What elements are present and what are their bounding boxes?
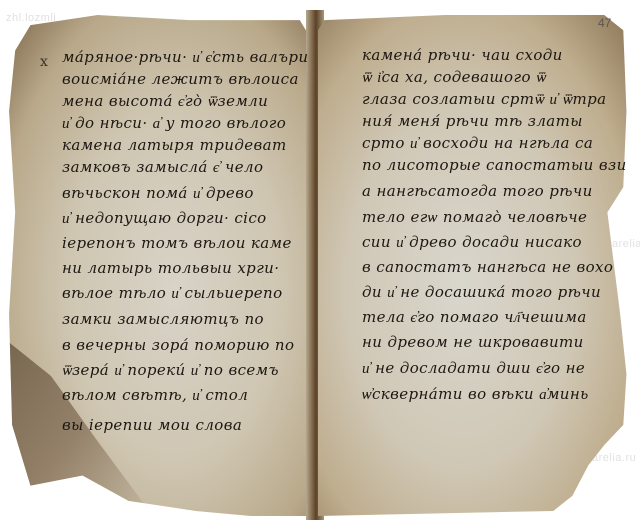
text-line: вѣчьскон пома́ и҆ древо	[62, 184, 254, 203]
text-line: замковъ замысла́ є҆ чело	[62, 158, 263, 177]
margin-mark: x	[40, 54, 48, 70]
text-line: срто и҆ восходи на нгѣла са	[362, 134, 593, 153]
page-number: 47	[598, 16, 611, 30]
text-line: ѿзера́ и҆ пореки́ и҆ по всемъ	[62, 361, 279, 380]
text-line: и҆ не досладати дши є҆го не	[362, 359, 585, 378]
text-line: мена высота́ є҆го̀ ѿземли	[62, 92, 268, 111]
text-line: глаза созлатыи сртѿ и҆ ѿтра	[362, 90, 606, 109]
text-line: тело егѡ помаго̀ человѣче	[362, 208, 587, 227]
text-line: в сапостатъ нангѣса не вохо	[362, 258, 613, 276]
text-line: по лисоторые сапостатыи взи	[362, 156, 627, 174]
text-line: в вечерны зора́ поморию по	[62, 336, 294, 354]
text-line: ния́ меня́ рѣчи тѣ златы	[362, 112, 583, 130]
text-line: замки замысляютцъ по	[62, 310, 264, 328]
text-line: а нангѣсатогда того рѣчи	[362, 182, 593, 200]
text-line: вы іерепии мои слова	[62, 416, 242, 434]
text-line: вѣлом свѣтѣ, и҆ стол	[62, 386, 248, 405]
text-line: ни древом не шкровавити	[362, 333, 584, 351]
text-line: ѡ҆скверна́ти во вѣки а҆минь	[362, 385, 589, 404]
text-line: іерепонъ томъ вѣлои каме	[62, 234, 292, 252]
text-line: ѿ і҆са ха, содевашого ѿ	[362, 68, 546, 87]
text-line: и҆ до нѣси· а҆ у того вѣлого	[62, 114, 286, 133]
text-line: ни латырь тольвыи хрги·	[62, 259, 279, 277]
text-line: ди и҆ не досашика́ того рѣчи	[362, 283, 601, 302]
watermark-top-left: zhl.lozmli	[6, 12, 56, 24]
text-line: камена латыря тридеват	[62, 136, 287, 154]
text-line: камена́ рѣчи· чаи сходи	[362, 46, 563, 64]
text-line: ма́ряное·рѣчи· и҆ є҆сть валъри	[62, 48, 309, 67]
text-line: сии и҆ древо досади нисако	[362, 233, 582, 252]
text-line: тела є҆го помаго чл҃чешима	[362, 308, 587, 327]
text-line: воисміа́не лежитъ вѣлоиса	[62, 70, 299, 88]
text-line: вѣлое тѣло и҆ сыльиерепо	[62, 284, 283, 303]
text-line: и҆ недопущаю дорги· сісо	[62, 209, 267, 228]
